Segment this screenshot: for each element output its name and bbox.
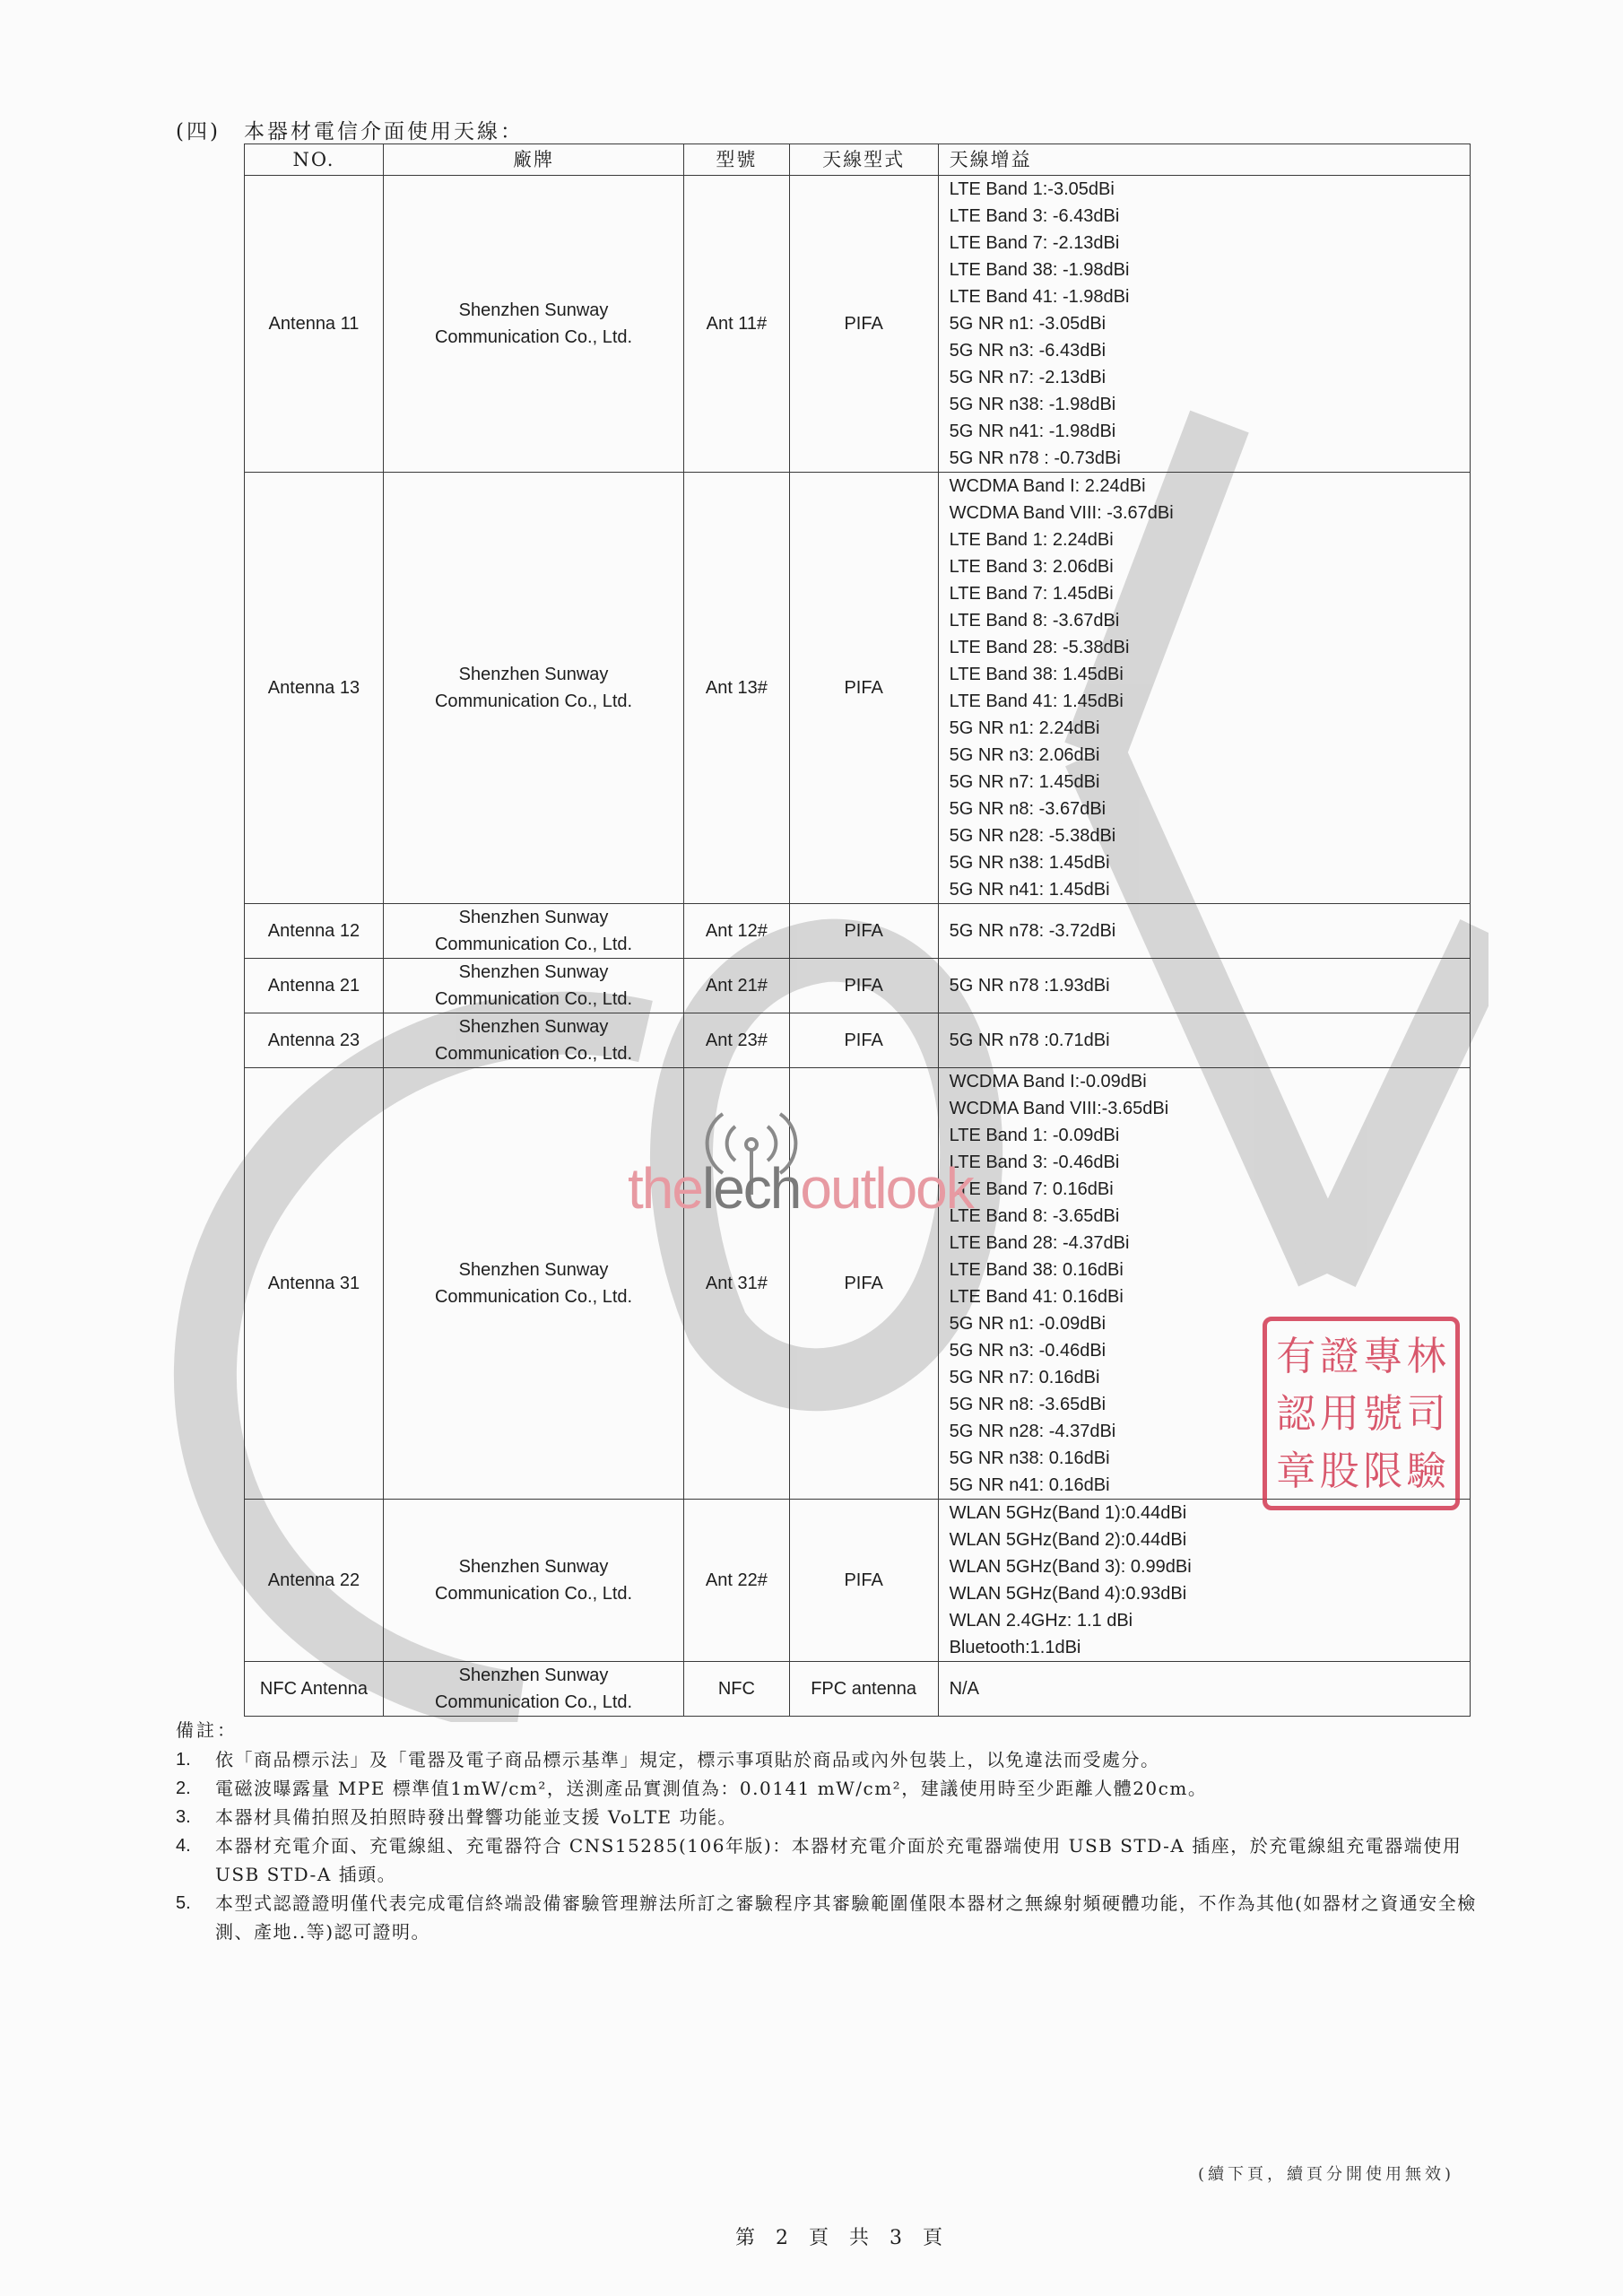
note-item: 5.本型式認證證明僅代表完成電信終端設備審驗管理辦法所訂之審驗程序其審驗範圍僅限… [176, 1889, 1503, 1946]
table-row: Antenna 21Shenzhen SunwayCommunication C… [245, 959, 1471, 1013]
model-cell: Ant 31# [684, 1068, 790, 1500]
header-no: NO. [245, 144, 384, 176]
antenna-type-cell: PIFA [789, 473, 938, 904]
brand-cell: Shenzhen SunwayCommunication Co., Ltd. [383, 176, 683, 473]
brand-line: Shenzhen Sunway [395, 1553, 673, 1580]
model-cell: Ant 23# [684, 1013, 790, 1068]
antenna-no-cell: Antenna 23 [245, 1013, 384, 1068]
brand-cell: Shenzhen SunwayCommunication Co., Ltd. [383, 1500, 683, 1662]
model-cell: Ant 12# [684, 904, 790, 959]
seal-character: 驗 [1405, 1443, 1449, 1500]
brand-cell: Shenzhen SunwayCommunication Co., Ltd. [383, 1662, 683, 1717]
gain-entry: 5G NR n41: 1.45dBi [950, 876, 1459, 903]
table-row: Antenna 11Shenzhen SunwayCommunication C… [245, 176, 1471, 473]
brand-line: Communication Co., Ltd. [395, 931, 673, 958]
gain-entry: 5G NR n3: -6.43dBi [950, 337, 1459, 364]
table-row: Antenna 12Shenzhen SunwayCommunication C… [245, 904, 1471, 959]
notes-label: 備註： [176, 1716, 1503, 1742]
notes-list: 1.依「商品標示法」及「電器及電子商品標示基準」規定，標示事項貼於商品或內外包裝… [176, 1745, 1503, 1946]
brand-cell: Shenzhen SunwayCommunication Co., Ltd. [383, 1013, 683, 1068]
note-item: 1.依「商品標示法」及「電器及電子商品標示基準」規定，標示事項貼於商品或內外包裝… [176, 1745, 1503, 1774]
brand-line: Shenzhen Sunway [395, 1662, 673, 1689]
note-text: 本型式認證證明僅代表完成電信終端設備審驗管理辦法所訂之審驗程序其審驗範圍僅限本器… [215, 1889, 1503, 1946]
gain-entry: LTE Band 1:-3.05dBi [950, 176, 1459, 203]
seal-character: 林 [1405, 1328, 1449, 1386]
note-text: 依「商品標示法」及「電器及電子商品標示基準」規定，標示事項貼於商品或內外包裝上，… [215, 1745, 1503, 1774]
company-seal-stamp: 有證專林認用號司章股限驗 [1263, 1317, 1460, 1510]
gain-entry: LTE Band 28: -4.37dBi [950, 1230, 1459, 1257]
seal-character: 有 [1274, 1328, 1318, 1386]
brand-line: Shenzhen Sunway [395, 1013, 673, 1040]
gain-entry: LTE Band 7: 0.16dBi [950, 1176, 1459, 1203]
antenna-type-cell: PIFA [789, 176, 938, 473]
note-number: 4. [176, 1831, 215, 1889]
header-brand: 廠牌 [383, 144, 683, 176]
table-row: Antenna 23Shenzhen SunwayCommunication C… [245, 1013, 1471, 1068]
gain-entry: LTE Band 28: -5.38dBi [950, 634, 1459, 661]
note-text: 本器材充電介面、充電線組、充電器符合 CNS15285(106年版)：本器材充電… [215, 1831, 1503, 1889]
note-number: 1. [176, 1745, 215, 1774]
note-number: 3. [176, 1803, 215, 1831]
brand-line: Shenzhen Sunway [395, 904, 673, 931]
gain-entry: N/A [950, 1675, 1459, 1702]
gain-entry: LTE Band 1: 2.24dBi [950, 526, 1459, 553]
section-number: (四) [176, 115, 244, 144]
table-row: Antenna 22Shenzhen SunwayCommunication C… [245, 1500, 1471, 1662]
gain-entry: LTE Band 8: -3.67dBi [950, 607, 1459, 634]
gain-entry: LTE Band 3: 2.06dBi [950, 553, 1459, 580]
brand-line: Shenzhen Sunway [395, 1257, 673, 1283]
seal-character: 股 [1318, 1443, 1362, 1500]
gain-cell: 5G NR n78: -3.72dBi [938, 904, 1470, 959]
gain-entry: LTE Band 3: -6.43dBi [950, 203, 1459, 230]
seal-character: 司 [1405, 1386, 1449, 1443]
gain-entry: Bluetooth:1.1dBi [950, 1634, 1459, 1661]
model-cell: Ant 11# [684, 176, 790, 473]
brand-cell: Shenzhen SunwayCommunication Co., Ltd. [383, 904, 683, 959]
table-header-row: NO. 廠牌 型號 天線型式 天線增益 [245, 144, 1471, 176]
gain-entry: 5G NR n78 :1.93dBi [950, 972, 1459, 999]
brand-cell: Shenzhen SunwayCommunication Co., Ltd. [383, 1068, 683, 1500]
gain-entry: LTE Band 3: -0.46dBi [950, 1149, 1459, 1176]
gain-entry: 5G NR n38: 1.45dBi [950, 849, 1459, 876]
gain-entry: 5G NR n38: -1.98dBi [950, 391, 1459, 418]
antenna-type-cell: FPC antenna [789, 1662, 938, 1717]
gain-entry: 5G NR n1: -3.05dBi [950, 310, 1459, 337]
gain-cell: LTE Band 1:-3.05dBiLTE Band 3: -6.43dBiL… [938, 176, 1470, 473]
antenna-no-cell: Antenna 11 [245, 176, 384, 473]
table-row: Antenna 13Shenzhen SunwayCommunication C… [245, 473, 1471, 904]
model-cell: NFC [684, 1662, 790, 1717]
section-heading: 本器材電信介面使用天線： [244, 120, 524, 143]
brand-line: Communication Co., Ltd. [395, 324, 673, 351]
gain-entry: 5G NR n7: 1.45dBi [950, 769, 1459, 796]
section-title: (四)本器材電信介面使用天線： [176, 115, 524, 144]
note-text: 電磁波曝露量 MPE 標準值1mW/cm²，送測產品實測值為：0.0141 mW… [215, 1774, 1503, 1803]
brand-line: Communication Co., Ltd. [395, 1580, 673, 1607]
notes-section: 備註： 1.依「商品標示法」及「電器及電子商品標示基準」規定，標示事項貼於商品或… [176, 1716, 1503, 1946]
antenna-no-cell: Antenna 12 [245, 904, 384, 959]
model-cell: Ant 22# [684, 1500, 790, 1662]
gain-entry: 5G NR n1: 2.24dBi [950, 715, 1459, 742]
brand-line: Communication Co., Ltd. [395, 1040, 673, 1067]
antenna-no-cell: Antenna 13 [245, 473, 384, 904]
note-item: 4.本器材充電介面、充電線組、充電器符合 CNS15285(106年版)：本器材… [176, 1831, 1503, 1889]
antenna-type-cell: PIFA [789, 1068, 938, 1500]
brand-cell: Shenzhen SunwayCommunication Co., Ltd. [383, 473, 683, 904]
gain-entry: 5G NR n8: -3.67dBi [950, 796, 1459, 822]
page-number: 第 2 頁 共 3 頁 [735, 2222, 950, 2250]
note-item: 3.本器材具備拍照及拍照時發出聲響功能並支援 VoLTE 功能。 [176, 1803, 1503, 1831]
antenna-type-cell: PIFA [789, 1013, 938, 1068]
note-item: 2.電磁波曝露量 MPE 標準值1mW/cm²，送測產品實測值為：0.0141 … [176, 1774, 1503, 1803]
brand-line: Communication Co., Ltd. [395, 1283, 673, 1310]
antenna-type-cell: PIFA [789, 959, 938, 1013]
seal-character: 用 [1318, 1386, 1362, 1443]
antenna-no-cell: Antenna 21 [245, 959, 384, 1013]
gain-entry: LTE Band 7: -2.13dBi [950, 230, 1459, 257]
gain-entry: LTE Band 41: 1.45dBi [950, 688, 1459, 715]
brand-line: Shenzhen Sunway [395, 297, 673, 324]
gain-entry: LTE Band 8: -3.65dBi [950, 1203, 1459, 1230]
model-cell: Ant 13# [684, 473, 790, 904]
model-cell: Ant 21# [684, 959, 790, 1013]
gain-entry: LTE Band 38: 1.45dBi [950, 661, 1459, 688]
seal-character: 認 [1274, 1386, 1318, 1443]
antenna-no-cell: Antenna 22 [245, 1500, 384, 1662]
gain-entry: 5G NR n78 : -0.73dBi [950, 445, 1459, 472]
gain-entry: WLAN 5GHz(Band 4):0.93dBi [950, 1580, 1459, 1607]
note-text: 本器材具備拍照及拍照時發出聲響功能並支援 VoLTE 功能。 [215, 1803, 1503, 1831]
gain-entry: LTE Band 41: -1.98dBi [950, 283, 1459, 310]
gain-entry: LTE Band 7: 1.45dBi [950, 580, 1459, 607]
header-type: 天線型式 [789, 144, 938, 176]
gain-entry: LTE Band 38: 0.16dBi [950, 1257, 1459, 1283]
gain-entry: 5G NR n7: -2.13dBi [950, 364, 1459, 391]
gain-entry: 5G NR n78 :0.71dBi [950, 1027, 1459, 1054]
table-row: NFC AntennaShenzhen SunwayCommunication … [245, 1662, 1471, 1717]
gain-entry: WLAN 5GHz(Band 2):0.44dBi [950, 1526, 1459, 1553]
antenna-no-cell: NFC Antenna [245, 1662, 384, 1717]
brand-line: Communication Co., Ltd. [395, 986, 673, 1013]
gain-entry: LTE Band 38: -1.98dBi [950, 257, 1459, 283]
gain-cell: WCDMA Band I: 2.24dBiWCDMA Band VIII: -3… [938, 473, 1470, 904]
gain-entry: WCDMA Band I:-0.09dBi [950, 1068, 1459, 1095]
gain-entry: 5G NR n3: 2.06dBi [950, 742, 1459, 769]
header-model: 型號 [684, 144, 790, 176]
seal-character: 專 [1361, 1328, 1405, 1386]
gain-entry: LTE Band 41: 0.16dBi [950, 1283, 1459, 1310]
seal-character: 章 [1274, 1443, 1318, 1500]
gain-entry: 5G NR n41: -1.98dBi [950, 418, 1459, 445]
gain-entry: LTE Band 1: -0.09dBi [950, 1122, 1459, 1149]
antenna-type-cell: PIFA [789, 904, 938, 959]
continuation-note: (續下頁，續頁分開使用無效) [1198, 2161, 1454, 2185]
gain-entry: WCDMA Band VIII: -3.67dBi [950, 500, 1459, 526]
seal-character: 號 [1361, 1386, 1405, 1443]
gain-entry: WCDMA Band VIII:-3.65dBi [950, 1095, 1459, 1122]
gain-entry: 5G NR n78: -3.72dBi [950, 918, 1459, 944]
gain-cell: N/A [938, 1662, 1470, 1717]
header-gain: 天線增益 [938, 144, 1470, 176]
note-number: 2. [176, 1774, 215, 1803]
gain-entry: 5G NR n28: -5.38dBi [950, 822, 1459, 849]
brand-line: Shenzhen Sunway [395, 959, 673, 986]
antenna-no-cell: Antenna 31 [245, 1068, 384, 1500]
note-number: 5. [176, 1889, 215, 1946]
gain-cell: 5G NR n78 :1.93dBi [938, 959, 1470, 1013]
gain-entry: WCDMA Band I: 2.24dBi [950, 473, 1459, 500]
brand-line: Communication Co., Ltd. [395, 1689, 673, 1716]
brand-line: Shenzhen Sunway [395, 661, 673, 688]
antenna-type-cell: PIFA [789, 1500, 938, 1662]
gain-cell: 5G NR n78 :0.71dBi [938, 1013, 1470, 1068]
seal-character: 限 [1361, 1443, 1405, 1500]
gain-cell: WLAN 5GHz(Band 1):0.44dBiWLAN 5GHz(Band … [938, 1500, 1470, 1662]
gain-entry: WLAN 2.4GHz: 1.1 dBi [950, 1607, 1459, 1634]
brand-line: Communication Co., Ltd. [395, 688, 673, 715]
brand-cell: Shenzhen SunwayCommunication Co., Ltd. [383, 959, 683, 1013]
seal-character: 證 [1318, 1328, 1362, 1386]
gain-entry: WLAN 5GHz(Band 3): 0.99dBi [950, 1553, 1459, 1580]
